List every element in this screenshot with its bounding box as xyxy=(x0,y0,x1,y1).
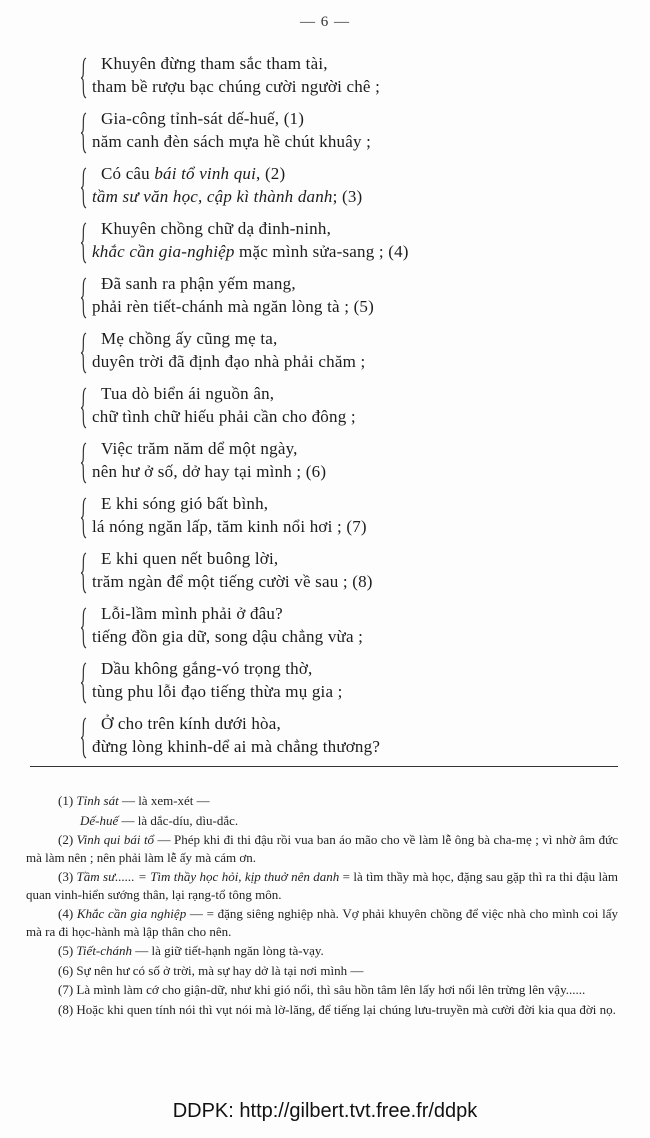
poem-body: Khuyên đừng tham sắc tham tài, tham bề r… xyxy=(82,52,552,767)
brace-icon xyxy=(80,277,88,319)
footnote-term: Tiết-chánh xyxy=(76,943,132,958)
verse-line: duyên trời đã định đạo nhà phải chăm ; xyxy=(82,350,552,373)
brace-icon xyxy=(80,112,88,154)
stanza: Việc trăm năm dể một ngày, nên hư ở số, … xyxy=(82,437,552,492)
brace-icon xyxy=(80,442,88,484)
footnote-7: (7) Là mình làm cớ cho giận-dữ, như khi … xyxy=(26,981,618,999)
footnote-number: (1) xyxy=(58,793,76,808)
footnote-number: (4) xyxy=(58,906,77,921)
credit-label: DDPK: xyxy=(173,1100,240,1122)
footnote-number: (6) xyxy=(58,963,76,978)
brace-icon xyxy=(80,387,88,429)
verse-line: E khi sóng gió bất bình, xyxy=(82,492,552,515)
verse-line: Khuyên chồng chữ dạ đinh-ninh, xyxy=(82,217,552,240)
footnote-4: (4) Khắc cần gia nghiệp — = đặng siêng n… xyxy=(26,905,618,940)
verse-line: Gia-công tỉnh-sát dế-huế, (1) xyxy=(82,107,552,130)
stanza: Mẹ chồng ấy cũng mẹ ta, duyên trời đã đị… xyxy=(82,327,552,382)
stanza: Có câu bái tổ vinh qui, (2) tầm sư văn h… xyxy=(82,162,552,217)
verse-text: Có câu xyxy=(101,164,154,183)
footnote-text: Hoặc khi quen tính nói thì vụt nói mà lờ… xyxy=(76,1002,615,1017)
verse-line: khắc cần gia-nghiệp mặc mình sửa-sang ; … xyxy=(82,240,552,263)
brace-icon xyxy=(80,332,88,374)
verse-line: Ở cho trên kính dưới hòa, xyxy=(82,712,552,735)
footnote-number: (3) xyxy=(58,869,77,884)
footnote-term: Dế-huế xyxy=(80,813,118,828)
stanza: E khi quen nết buông lời, trăm ngàn để m… xyxy=(82,547,552,602)
verse-italic: bái tổ vinh qui xyxy=(154,164,256,183)
verse-line: tùng phu lỗi đạo tiếng thừa mụ gia ; xyxy=(82,680,552,703)
stanza: Ở cho trên kính dưới hòa, đừng lòng khin… xyxy=(82,712,552,767)
stanza: Khuyên đừng tham sắc tham tài, tham bề r… xyxy=(82,52,552,107)
stanza: Gia-công tỉnh-sát dế-huế, (1) năm canh đ… xyxy=(82,107,552,162)
footnote-6: (6) Sự nên hư có số ở trời, mà sự hay dở… xyxy=(26,962,618,980)
brace-icon xyxy=(80,497,88,539)
stanza: Dầu không gắng-vó trọng thờ, tùng phu lỗ… xyxy=(82,657,552,712)
footnote-term: Khắc cần gia nghiệp xyxy=(77,906,186,921)
stanza: Đã sanh ra phận yếm mang, phải rèn tiết-… xyxy=(82,272,552,327)
verse-line: trăm ngàn để một tiếng cười về sau ; (8) xyxy=(82,570,552,593)
verse-line: Khuyên đừng tham sắc tham tài, xyxy=(82,52,552,75)
verse-line: tham bề rượu bạc chúng cười người chê ; xyxy=(82,75,552,98)
footnote-term: Tỉnh sát xyxy=(76,793,118,808)
verse-line: Tua dò biển ái nguồn ân, xyxy=(82,382,552,405)
footnote-number: (8) xyxy=(58,1002,76,1017)
footnote-3: (3) Tầm sư...... = Tìm thầy học hỏi, kịp… xyxy=(26,868,618,903)
brace-icon xyxy=(80,717,88,759)
footnote-ref: ; (3) xyxy=(333,187,363,206)
footnote-2: (2) Vinh qui bái tổ — Phép khi đi thi đậ… xyxy=(26,831,618,866)
page-number: — 6 — xyxy=(0,14,650,31)
footnote-5: (5) Tiết-chánh — là giữ tiết-hạnh ngăn l… xyxy=(26,942,618,960)
verse-line: đừng lòng khinh-dể ai mà chẳng thương? xyxy=(82,735,552,758)
footnote-text: Là mình làm cớ cho giận-dữ, như khi gió … xyxy=(76,982,585,997)
scanned-page: — 6 — Khuyên đừng tham sắc tham tài, tha… xyxy=(0,0,650,1138)
footnote-1: (1) Tỉnh sát — là xem-xét — xyxy=(44,792,618,810)
stanza: Tua dò biển ái nguồn ân, chữ tình chữ hi… xyxy=(82,382,552,437)
footnote-term: Tầm sư...... = Tìm thầy học hỏi, kịp thu… xyxy=(77,869,340,884)
footnote-1b: Dế-huế — là dắc-díu, dìu-dắc. xyxy=(44,812,618,830)
verse-line: Có câu bái tổ vinh qui, (2) xyxy=(82,162,552,185)
footnotes: (1) Tỉnh sát — là xem-xét — Dế-huế — là … xyxy=(44,792,618,1020)
verse-line: năm canh đèn sách mựa hề chút khuây ; xyxy=(82,130,552,153)
verse-line: tiếng đồn gia dữ, song dậu chẳng vừa ; xyxy=(82,625,552,648)
stanza: E khi sóng gió bất bình, lá nóng ngăn lấ… xyxy=(82,492,552,547)
verse-line: lá nóng ngăn lấp, tăm kinh nổi hơi ; (7) xyxy=(82,515,552,538)
verse-line: Đã sanh ra phận yếm mang, xyxy=(82,272,552,295)
verse-line: Dầu không gắng-vó trọng thờ, xyxy=(82,657,552,680)
verse-line: tầm sư văn học, cập kì thành danh; (3) xyxy=(82,185,552,208)
verse-text: mặc mình sửa-sang ; (4) xyxy=(235,242,409,261)
footnote-text: — là giữ tiết-hạnh ngăn lòng tà-vạy. xyxy=(132,943,324,958)
footnote-number: (5) xyxy=(58,943,76,958)
footnote-number: (2) xyxy=(58,832,77,847)
brace-icon xyxy=(80,167,88,209)
stanza: Lỗi-lầm mình phải ở đâu? tiếng đồn gia d… xyxy=(82,602,552,657)
footnote-number: (7) xyxy=(58,982,76,997)
footnote-term: Vinh qui bái tổ xyxy=(77,832,154,847)
footnote-divider xyxy=(30,766,618,768)
verse-line: Lỗi-lầm mình phải ở đâu? xyxy=(82,602,552,625)
verse-line: phải rèn tiết-chánh mà ngăn lòng tà ; (5… xyxy=(82,295,552,318)
verse-line: Việc trăm năm dể một ngày, xyxy=(82,437,552,460)
stanza: Khuyên chồng chữ dạ đinh-ninh, khắc cần … xyxy=(82,217,552,272)
footnote-text: — là dắc-díu, dìu-dắc. xyxy=(118,813,238,828)
brace-icon xyxy=(80,607,88,649)
credit-url-link[interactable]: http://gilbert.tvt.free.fr/ddpk xyxy=(239,1100,477,1122)
source-credit: DDPK: http://gilbert.tvt.free.fr/ddpk xyxy=(0,1100,650,1123)
brace-icon xyxy=(80,552,88,594)
verse-line: E khi quen nết buông lời, xyxy=(82,547,552,570)
verse-italic: khắc cần gia-nghiệp xyxy=(92,242,235,261)
verse-line: nên hư ở số, dở hay tại mình ; (6) xyxy=(82,460,552,483)
verse-line: Mẹ chồng ấy cũng mẹ ta, xyxy=(82,327,552,350)
brace-icon xyxy=(80,222,88,264)
brace-icon xyxy=(80,57,88,99)
footnote-8: (8) Hoặc khi quen tính nói thì vụt nói m… xyxy=(26,1001,618,1019)
footnote-ref: , (2) xyxy=(256,164,285,183)
footnote-text: Sự nên hư có số ở trời, mà sự hay dở là … xyxy=(76,963,363,978)
verse-italic: tầm sư văn học, cập kì thành danh xyxy=(92,187,333,206)
footnote-text: — là xem-xét — xyxy=(119,793,210,808)
verse-line: chữ tình chữ hiếu phải cần cho đông ; xyxy=(82,405,552,428)
brace-icon xyxy=(80,662,88,704)
